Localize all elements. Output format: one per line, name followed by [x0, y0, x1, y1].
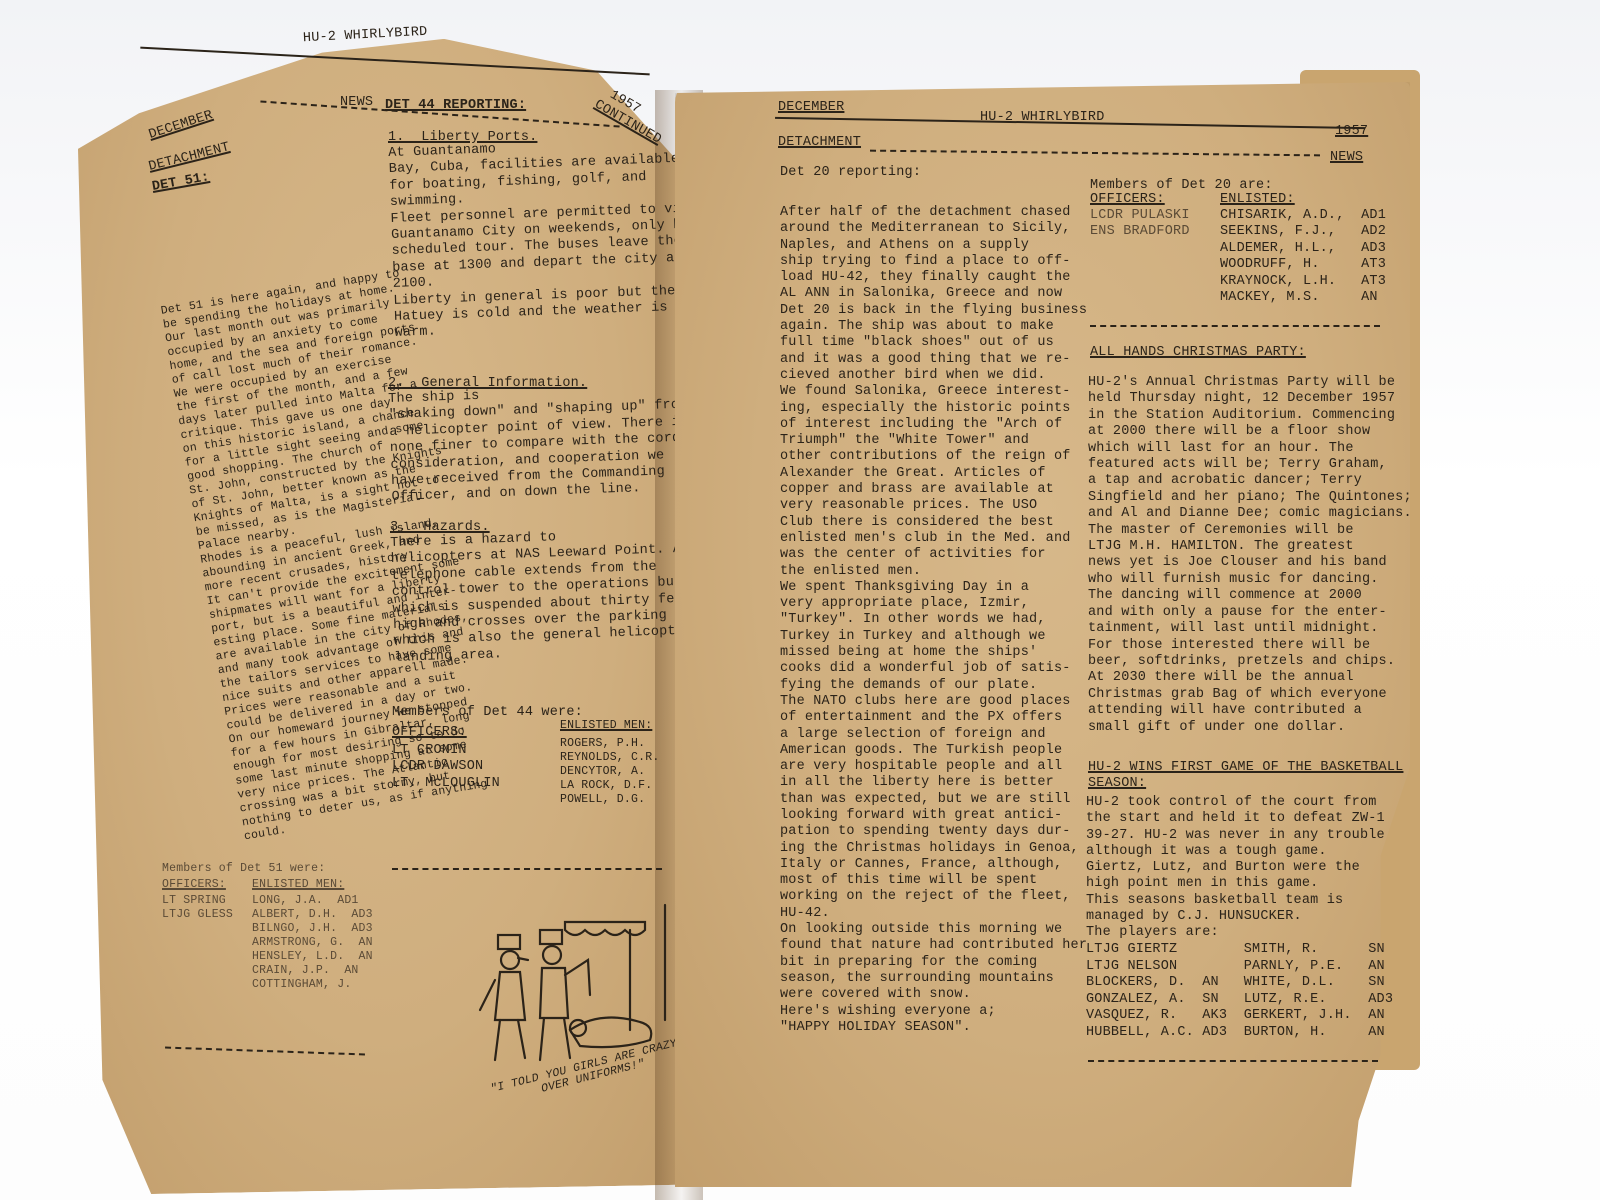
- christmas-party-body: HU-2's Annual Christmas Party will behel…: [1088, 375, 1412, 736]
- text-line: Here's wishing everyone a;: [780, 1004, 1087, 1020]
- text-line: small gift of under one dollar.: [1088, 720, 1412, 736]
- player-row: LTJG GIERTZ SMITH, R. SN: [1086, 942, 1385, 958]
- enlisted-entry: ALBERT, D.H. AD3: [252, 908, 373, 922]
- enlisted-entry: POWELL, D.G.: [560, 793, 659, 807]
- text-line: Triumph" the "White Tower" and: [780, 433, 1087, 449]
- text-line: who will furnish music for dancing.: [1088, 572, 1412, 588]
- text-line: ing, especially the historic points: [780, 401, 1087, 417]
- uniform-cartoon: "I TOLD YOU GIRLS ARE CRAZY OVER UNIFORM…: [470, 900, 680, 1090]
- det20-body: After half of the detachment chasedaroun…: [780, 205, 1087, 1036]
- text-line: This seasons basketball team is: [1086, 893, 1385, 909]
- enlisted-entry: SEEKINS, F.J., AD2: [1220, 224, 1386, 240]
- right-header-year: 1957: [1335, 124, 1368, 140]
- enlisted-entry: LONG, J.A. AD1: [252, 894, 373, 908]
- text-line: at 2000 there will be a floor show: [1088, 424, 1412, 440]
- officer-name: LT. McLOUGLIN: [392, 776, 500, 792]
- text-line: "Turkey". In other words we had,: [780, 612, 1087, 628]
- text-line: looking forward with great antici-: [780, 808, 1087, 824]
- det20-intro: Det 20 reporting:: [780, 165, 921, 181]
- text-line: Christmas grab Bag of which everyone: [1088, 687, 1412, 703]
- text-line: bit in preparing for the coming: [780, 955, 1087, 971]
- player-row: LTJG NELSON PARNLY, P.E. AN: [1086, 959, 1385, 975]
- text-line: cieved another bird when we did.: [780, 368, 1087, 384]
- text-line: HU-42.: [780, 906, 1087, 922]
- enlisted-entry: MACKEY, M.S. AN: [1220, 290, 1386, 306]
- text-line: held Thursday night, 12 December 1957: [1088, 391, 1412, 407]
- text-line: "HAPPY HOLIDAY SEASON".: [780, 1020, 1087, 1036]
- text-line: enlisted men's club in the Med. and: [780, 531, 1087, 547]
- text-line: Det 20 is back in the flying business: [780, 303, 1087, 319]
- text-line: in the Station Auditorium. Commencing: [1088, 408, 1412, 424]
- officer-name: LT SPRING: [162, 894, 233, 908]
- officer-name: LTJG GLESS: [162, 908, 233, 922]
- text-line: in all the liberty here is better: [780, 775, 1087, 791]
- text-line: attending will have contributed a: [1088, 703, 1412, 719]
- text-line: The NATO clubs here are good places: [780, 694, 1087, 710]
- det20-end-dash: [1090, 325, 1380, 327]
- text-line: After half of the detachment chased: [780, 205, 1087, 221]
- text-line: We spent Thanksgiving Day in a: [780, 580, 1087, 596]
- text-line: Singfield and her piano; The Quintones;: [1088, 490, 1412, 506]
- enlisted-entry: ALDEMER, H.L., AD3: [1220, 241, 1386, 257]
- basketball-body: HU-2 took control of the court fromthe s…: [1086, 795, 1385, 942]
- det44-officers-list: LT CRONINLCDR DAWSONLT. McLOUGLIN: [392, 743, 500, 792]
- officer-name: LT CRONIN: [392, 743, 500, 759]
- text-line: and with only a pause for the enter-: [1088, 605, 1412, 621]
- basketball-heading-line2: SEASON:: [1088, 776, 1146, 792]
- text-line: beer, softdrinks, pretzels and chips.: [1088, 654, 1412, 670]
- text-line: again. The ship was about to make: [780, 319, 1087, 335]
- det44-end-dash: [392, 868, 662, 870]
- text-line: the start and held it to defeat ZW-1: [1086, 811, 1385, 827]
- text-line: missed being at home the ships': [780, 645, 1087, 661]
- det44-item1-body: At GuantanamoBay, Cuba, facilities are a…: [388, 135, 710, 343]
- enlisted-entry: CRAIN, J.P. AN: [252, 964, 373, 978]
- text-line: For those interested there will be: [1088, 638, 1412, 654]
- text-line: Naples, and Athens on a supply: [780, 238, 1087, 254]
- text-line: pation to spending twenty days dur-: [780, 824, 1087, 840]
- text-line: The master of Ceremonies will be: [1088, 523, 1412, 539]
- right-header-news: NEWS: [1330, 150, 1363, 166]
- det44-enlisted-label: ENLISTED MEN:: [560, 719, 652, 733]
- det44-heading: DET 44 REPORTING:: [385, 98, 526, 114]
- right-header-month: DECEMBER: [778, 100, 844, 116]
- player-row: GONZALEZ, A. SN LUTZ, R.E. AD3: [1086, 992, 1393, 1008]
- det44-members-intro: Members of Det 44 were:: [392, 705, 583, 721]
- enlisted-entry: BILNGO, J.H. AD3: [252, 922, 373, 936]
- text-line: and Al and Dianne Dee; comic magicians.: [1088, 506, 1412, 522]
- text-line: load HU-42, they finally caught the: [780, 270, 1087, 286]
- text-line: American goods. The Turkish people: [780, 743, 1087, 759]
- det51-enlisted-list: LONG, J.A. AD1ALBERT, D.H. AD3BILNGO, J.…: [252, 894, 373, 992]
- text-line: We found Salonika, Greece interest-: [780, 384, 1087, 400]
- text-line: very appropriate place, Izmir,: [780, 596, 1087, 612]
- det20-enlisted-label: ENLISTED:: [1220, 192, 1295, 208]
- basketball-end-dash: [1088, 1060, 1378, 1062]
- enlisted-entry: ARMSTRONG, G. AN: [252, 936, 373, 950]
- text-line: On looking outside this morning we: [780, 922, 1087, 938]
- text-line: featured acts will be; Terry Graham,: [1088, 457, 1412, 473]
- text-line: were covered with snow.: [780, 987, 1087, 1003]
- text-line: At 2030 there will be the annual: [1088, 670, 1412, 686]
- text-line: Giertz, Lutz, and Burton were the: [1086, 860, 1385, 876]
- right-header-section: DETACHMENT: [778, 135, 861, 151]
- det51-enlisted-label: ENLISTED MEN:: [252, 878, 344, 892]
- text-line: ship trying to find a place to off-: [780, 254, 1087, 270]
- text-line: fying the demands of our plate.: [780, 678, 1087, 694]
- text-line: a tap and acrobatic dancer; Terry: [1088, 473, 1412, 489]
- text-line: managed by C.J. HUNSUCKER.: [1086, 909, 1385, 925]
- text-line: Club there is considered the best: [780, 515, 1087, 531]
- text-line: news yet is Joe Clouser and his band: [1088, 555, 1412, 571]
- text-line: copper and brass are available at: [780, 482, 1087, 498]
- text-line: around the Mediterranean to Sicily,: [780, 221, 1087, 237]
- officer-name: ENS BRADFORD: [1090, 224, 1190, 240]
- text-line: cooks did a wonderful job of satis-: [780, 661, 1087, 677]
- text-line: high point men in this game.: [1086, 876, 1385, 892]
- text-line: are very hospitable people and all: [780, 759, 1087, 775]
- christmas-party-heading: ALL HANDS CHRISTMAS PARTY:: [1090, 345, 1306, 361]
- det51-officers-list: LT SPRINGLTJG GLESS: [162, 894, 233, 922]
- enlisted-entry: KRAYNOCK, L.H. AT3: [1220, 274, 1386, 290]
- enlisted-entry: DENCYTOR, A.: [560, 765, 659, 779]
- enlisted-entry: WOODRUFF, H. AT3: [1220, 257, 1386, 273]
- det51-officers-label: OFFICERS:: [162, 878, 226, 892]
- text-line: although it was a tough game.: [1086, 844, 1385, 860]
- text-line: other contributions of the reign of: [780, 449, 1087, 465]
- text-line: The dancing will commence at 2000: [1088, 588, 1412, 604]
- det20-enlisted-list: CHISARIK, A.D., AD1SEEKINS, F.J., AD2ALD…: [1220, 208, 1386, 306]
- text-line: AL ANN in Salonika, Greece and now: [780, 286, 1087, 302]
- text-line: Alexander the Great. Articles of: [780, 466, 1087, 482]
- text-line: very reasonable prices. The USO: [780, 498, 1087, 514]
- enlisted-entry: REYNOLDS, C.R.: [560, 751, 659, 765]
- player-row: BLOCKERS, D. AN WHITE, D.L. SN: [1086, 975, 1385, 991]
- enlisted-entry: COTTINGHAM, J.: [252, 978, 373, 992]
- text-line: of entertainment and the PX offers: [780, 710, 1087, 726]
- text-line: working on the reject of the fleet,: [780, 889, 1087, 905]
- text-line: of interest including the "Arch of: [780, 417, 1087, 433]
- enlisted-entry: CHISARIK, A.D., AD1: [1220, 208, 1386, 224]
- det44-officers-label: OFFICERS:: [392, 725, 467, 741]
- enlisted-entry: ROGERS, P.H.: [560, 737, 659, 751]
- text-line: HU-2 took control of the court from: [1086, 795, 1385, 811]
- player-row: VASQUEZ, R. AK3 GERKERT, J.H. AN: [1086, 1008, 1385, 1024]
- enlisted-entry: HENSLEY, L.D. AN: [252, 950, 373, 964]
- text-line: ing the Christmas holidays in Genoa,: [780, 841, 1087, 857]
- text-line: tainment, will last until midnight.: [1088, 621, 1412, 637]
- text-line: found that nature had contributed her: [780, 938, 1087, 954]
- text-line: Italy or Cannes, France, although,: [780, 857, 1087, 873]
- det44-item2-body: The ship is"shaking down" and "shaping u…: [388, 381, 707, 507]
- officer-name: LCDR PULASKI: [1090, 208, 1190, 224]
- text-line: than was expected, but we are still: [780, 792, 1087, 808]
- det51-members-intro: Members of Det 51 were:: [162, 862, 325, 876]
- officer-name: LCDR DAWSON: [392, 759, 500, 775]
- text-line: LTJG M.H. HAMILTON. The greatest: [1088, 539, 1412, 555]
- text-line: a large selection of foreign and: [780, 727, 1087, 743]
- text-line: and it was a good thing that we re-: [780, 352, 1087, 368]
- text-line: HU-2's Annual Christmas Party will be: [1088, 375, 1412, 391]
- player-row: HUBBELL, A.C. AD3 BURTON, H. AN: [1086, 1025, 1385, 1041]
- text-line: season, the surrounding mountains: [780, 971, 1087, 987]
- text-line: which will last for an hour. The: [1088, 441, 1412, 457]
- text-line: Turkey in Turkey and although we: [780, 629, 1087, 645]
- text-line: the enlisted men.: [780, 564, 1087, 580]
- text-line: most of this time will be spent: [780, 873, 1087, 889]
- det44-enlisted-list: ROGERS, P.H.REYNOLDS, C.R.DENCYTOR, A.LA…: [560, 737, 659, 807]
- enlisted-entry: LA ROCK, D.F.: [560, 779, 659, 793]
- text-line: The players are:: [1086, 925, 1385, 941]
- det20-officers-label: OFFICERS:: [1090, 192, 1165, 208]
- text-line: 39-27. HU-2 was never in any trouble: [1086, 828, 1385, 844]
- det20-officers-list: LCDR PULASKIENS BRADFORD: [1090, 208, 1190, 241]
- text-line: was the center of activities for: [780, 547, 1087, 563]
- basketball-heading-line1: HU-2 WINS FIRST GAME OF THE BASKETBALL: [1088, 760, 1403, 776]
- text-line: full time "black shoes" out of us: [780, 335, 1087, 351]
